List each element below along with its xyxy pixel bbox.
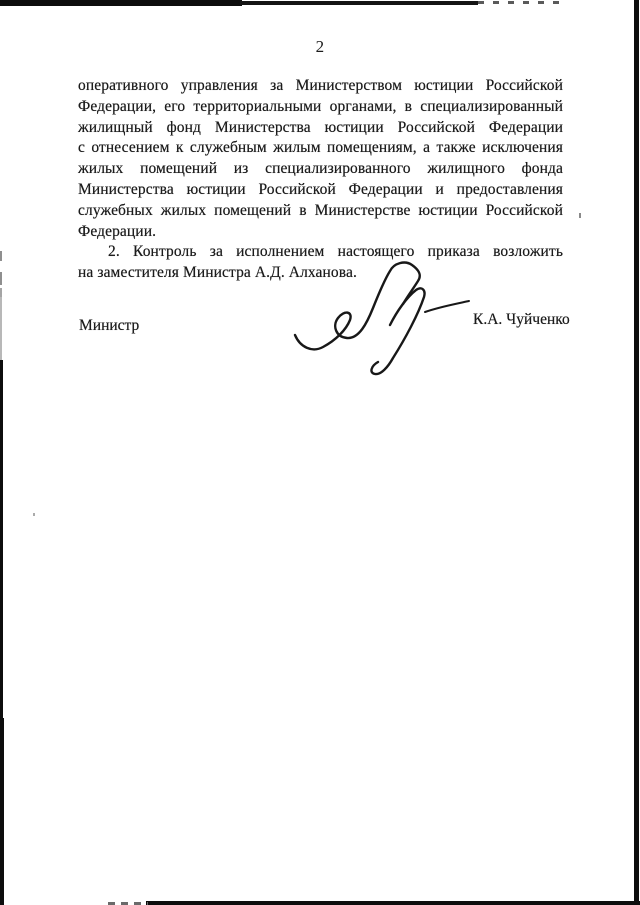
scan-edge-left-lower: [0, 718, 4, 905]
minister-name: К.А. Чуйченко: [473, 311, 570, 329]
scan-edge-left-gray: [0, 293, 2, 361]
scanned-document-page: 2 оперативного управления за Министерств…: [0, 0, 640, 905]
text-line-3: жилищный фонд Министерства юстиции Росси…: [78, 118, 563, 139]
scan-tick-1: [0, 251, 2, 261]
scan-edge-top-thick: [0, 0, 242, 6]
scan-edge-right: [634, 0, 639, 905]
text-line-7: служебных жилых помещений в Министерстве…: [78, 201, 563, 222]
scan-speck-1: [579, 213, 581, 218]
signature-icon: [286, 261, 472, 381]
text-line-1: оперативного управления за Министерством…: [78, 76, 563, 97]
order-text: оперативного управления за Министерством…: [78, 76, 563, 284]
scan-edge-top-dashes: [478, 1, 564, 4]
scan-tick-3: [0, 288, 2, 297]
scan-edge-top-thin: [240, 1, 478, 5]
scan-edge-bottom: [146, 901, 640, 905]
text-line-4: с отнесением к служебным жилым помещения…: [78, 138, 563, 159]
scan-edge-left: [0, 360, 3, 720]
minister-role-label: Министр: [79, 317, 139, 335]
page-number: 2: [0, 37, 640, 57]
text-line-8: Федерации.: [78, 222, 563, 243]
scan-tick-2: [0, 272, 2, 285]
text-line-2: Федерации, его территориальными органами…: [78, 97, 563, 118]
text-line-6: Министерства юстиции Российской Федераци…: [78, 180, 563, 201]
text-line-5: жилых помещений из специализированного ж…: [78, 159, 563, 180]
scan-speck-2: [33, 513, 35, 516]
